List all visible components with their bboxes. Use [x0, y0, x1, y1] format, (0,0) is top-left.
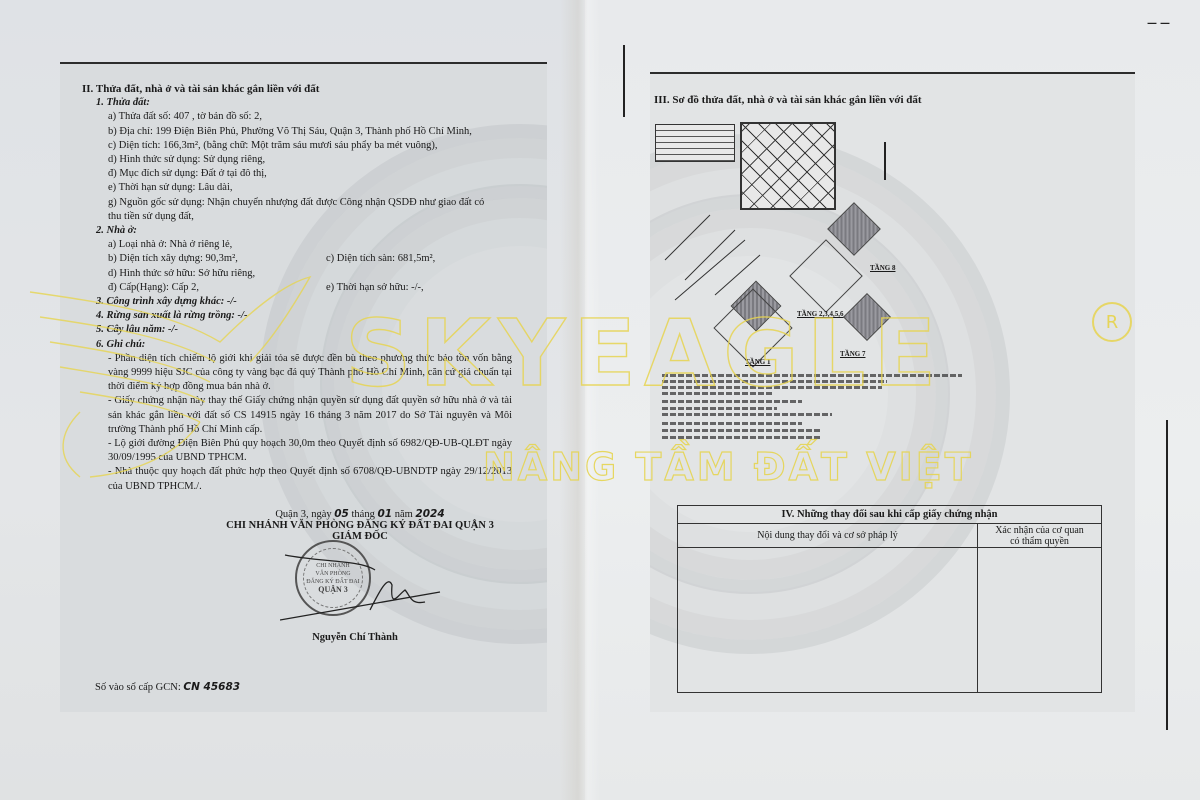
- house-build-area: b) Diện tích xây dựng: 90,3m²,: [108, 252, 326, 266]
- section-ii-title: II. Thửa đất, nhà ở và tài sản khác gắn …: [82, 82, 512, 96]
- map-legend-line: [662, 400, 802, 403]
- signer-title: GIÁM ĐỐC: [210, 531, 510, 542]
- house-ownership-form: d) Hình thức sở hữu: Sở hữu riêng,: [82, 267, 512, 281]
- location-map: [740, 122, 836, 210]
- floor-label-2-6: TẦNG 2,3,4,5,6: [797, 310, 843, 318]
- register-number: CN 45683: [183, 681, 240, 693]
- map-note-line: [662, 374, 962, 377]
- notes-heading: 6. Ghi chú:: [82, 338, 512, 352]
- production-forest: 4. Rừng sản xuất là rừng trồng: -/-: [82, 309, 512, 323]
- land-area: c) Diện tích: 166,3m², (bằng chữ: Một tr…: [82, 139, 512, 153]
- map-legend-line: [662, 413, 832, 416]
- house-grade-term: đ) Cấp(Hạng): Cấp 2, e) Thời hạn sở hữu:…: [82, 281, 512, 295]
- perennial-trees: 5. Cây lâu năm: -/-: [82, 323, 512, 337]
- map-legend-line: [662, 436, 822, 439]
- floor-label-7: TẦNG 7: [840, 350, 865, 358]
- north-arrow: [884, 142, 886, 180]
- land-origin: g) Nguồn gốc sử dụng: Nhận chuyển nhượng…: [82, 196, 512, 210]
- signature-scrawl: [280, 550, 480, 630]
- issuing-office: CHI NHÁNH VĂN PHÒNG ĐĂNG KÝ ĐẤT ĐAI QUẬN…: [210, 520, 510, 531]
- section-ii: II. Thửa đất, nhà ở và tài sản khác gắn …: [82, 82, 512, 494]
- coordinate-table: [655, 124, 735, 162]
- house-areas: b) Diện tích xây dựng: 90,3m², c) Diện t…: [82, 252, 512, 266]
- note-item: - Giấy chứng nhận này thay thế Giấy chứn…: [82, 394, 512, 437]
- corner-marks: ——: [1147, 18, 1173, 29]
- book-gutter: [560, 0, 600, 800]
- map-legend-line: [662, 422, 802, 425]
- other-construction: 3. Công trình xây dựng khác: -/-: [82, 295, 512, 309]
- note-item: - Lộ giới đường Điện Biên Phủ quy hoạch …: [82, 437, 512, 465]
- note-item: - Phần diện tích chiếm lộ giới khi giải …: [82, 352, 512, 395]
- map-note-line: [662, 392, 772, 395]
- land-usage-form: d) Hình thức sử dụng: Sử dụng riêng,: [82, 153, 512, 167]
- map-legend-line: [662, 429, 822, 432]
- land-usage-term: e) Thời hạn sử dụng: Lâu dài,: [82, 181, 512, 195]
- authority-confirmation-cell: [978, 548, 1102, 693]
- date-day: 05: [334, 508, 349, 520]
- land-origin-cont: thu tiền sử dụng đất,: [82, 210, 512, 224]
- section-iii-title: III. Sơ đồ thửa đất, nhà ở và tài sản kh…: [654, 93, 922, 107]
- register-label: Số vào sổ cấp GCN:: [95, 682, 181, 693]
- street-lines: [655, 200, 775, 310]
- land-heading: 1. Thửa đất:: [82, 96, 512, 110]
- edge-line: [623, 45, 625, 117]
- floor-label-1: TẦNG 1: [745, 358, 770, 366]
- house-grade: đ) Cấp(Hạng): Cấp 2,: [108, 281, 326, 295]
- changes-table-title: IV. Những thay đổi sau khi cấp giấy chứn…: [678, 506, 1102, 524]
- signer-name: Nguyễn Chí Thành: [300, 632, 410, 643]
- change-content-cell: [678, 548, 978, 693]
- date-month: 01: [377, 508, 392, 520]
- place-date: Quận 3, ngày 05 tháng 01 năm 2024: [210, 508, 510, 520]
- floor-label-8: TẦNG 8: [870, 264, 895, 272]
- changes-table: IV. Những thay đổi sau khi cấp giấy chứn…: [677, 505, 1102, 693]
- map-note-line: [662, 380, 887, 383]
- land-usage-purpose: đ) Mục đích sử dụng: Đất ở tại đô thị,: [82, 167, 512, 181]
- edge-line: [1166, 420, 1168, 730]
- house-ownership-term: e) Thời hạn sở hữu: -/-,: [326, 281, 424, 295]
- register-line: Số vào sổ cấp GCN: CN 45683: [95, 680, 240, 695]
- map-note-line: [662, 386, 882, 389]
- col-authority-confirmation: Xác nhận của cơ quan có thẩm quyền: [978, 524, 1102, 548]
- date-year: 2024: [415, 508, 444, 520]
- house-type: a) Loại nhà ở: Nhà ở riêng lẻ,: [82, 238, 512, 252]
- signature-block: Quận 3, ngày 05 tháng 01 năm 2024 CHI NH…: [210, 508, 510, 542]
- note-item: - Nhà thuộc quy hoạch đất phức hợp theo …: [82, 465, 512, 493]
- registered-mark-icon: R: [1092, 302, 1132, 342]
- land-parcel-number: a) Thửa đất số: 407 , tờ bản đồ số: 2,: [82, 110, 512, 124]
- map-legend-line: [662, 407, 777, 410]
- house-floor-area: c) Diện tích sàn: 681,5m²,: [326, 252, 435, 266]
- col-change-content: Nội dung thay đổi và cơ sở pháp lý: [678, 524, 978, 548]
- house-heading: 2. Nhà ở:: [82, 224, 512, 238]
- land-address: b) Địa chỉ: 199 Điện Biên Phủ, Phường Võ…: [82, 125, 512, 139]
